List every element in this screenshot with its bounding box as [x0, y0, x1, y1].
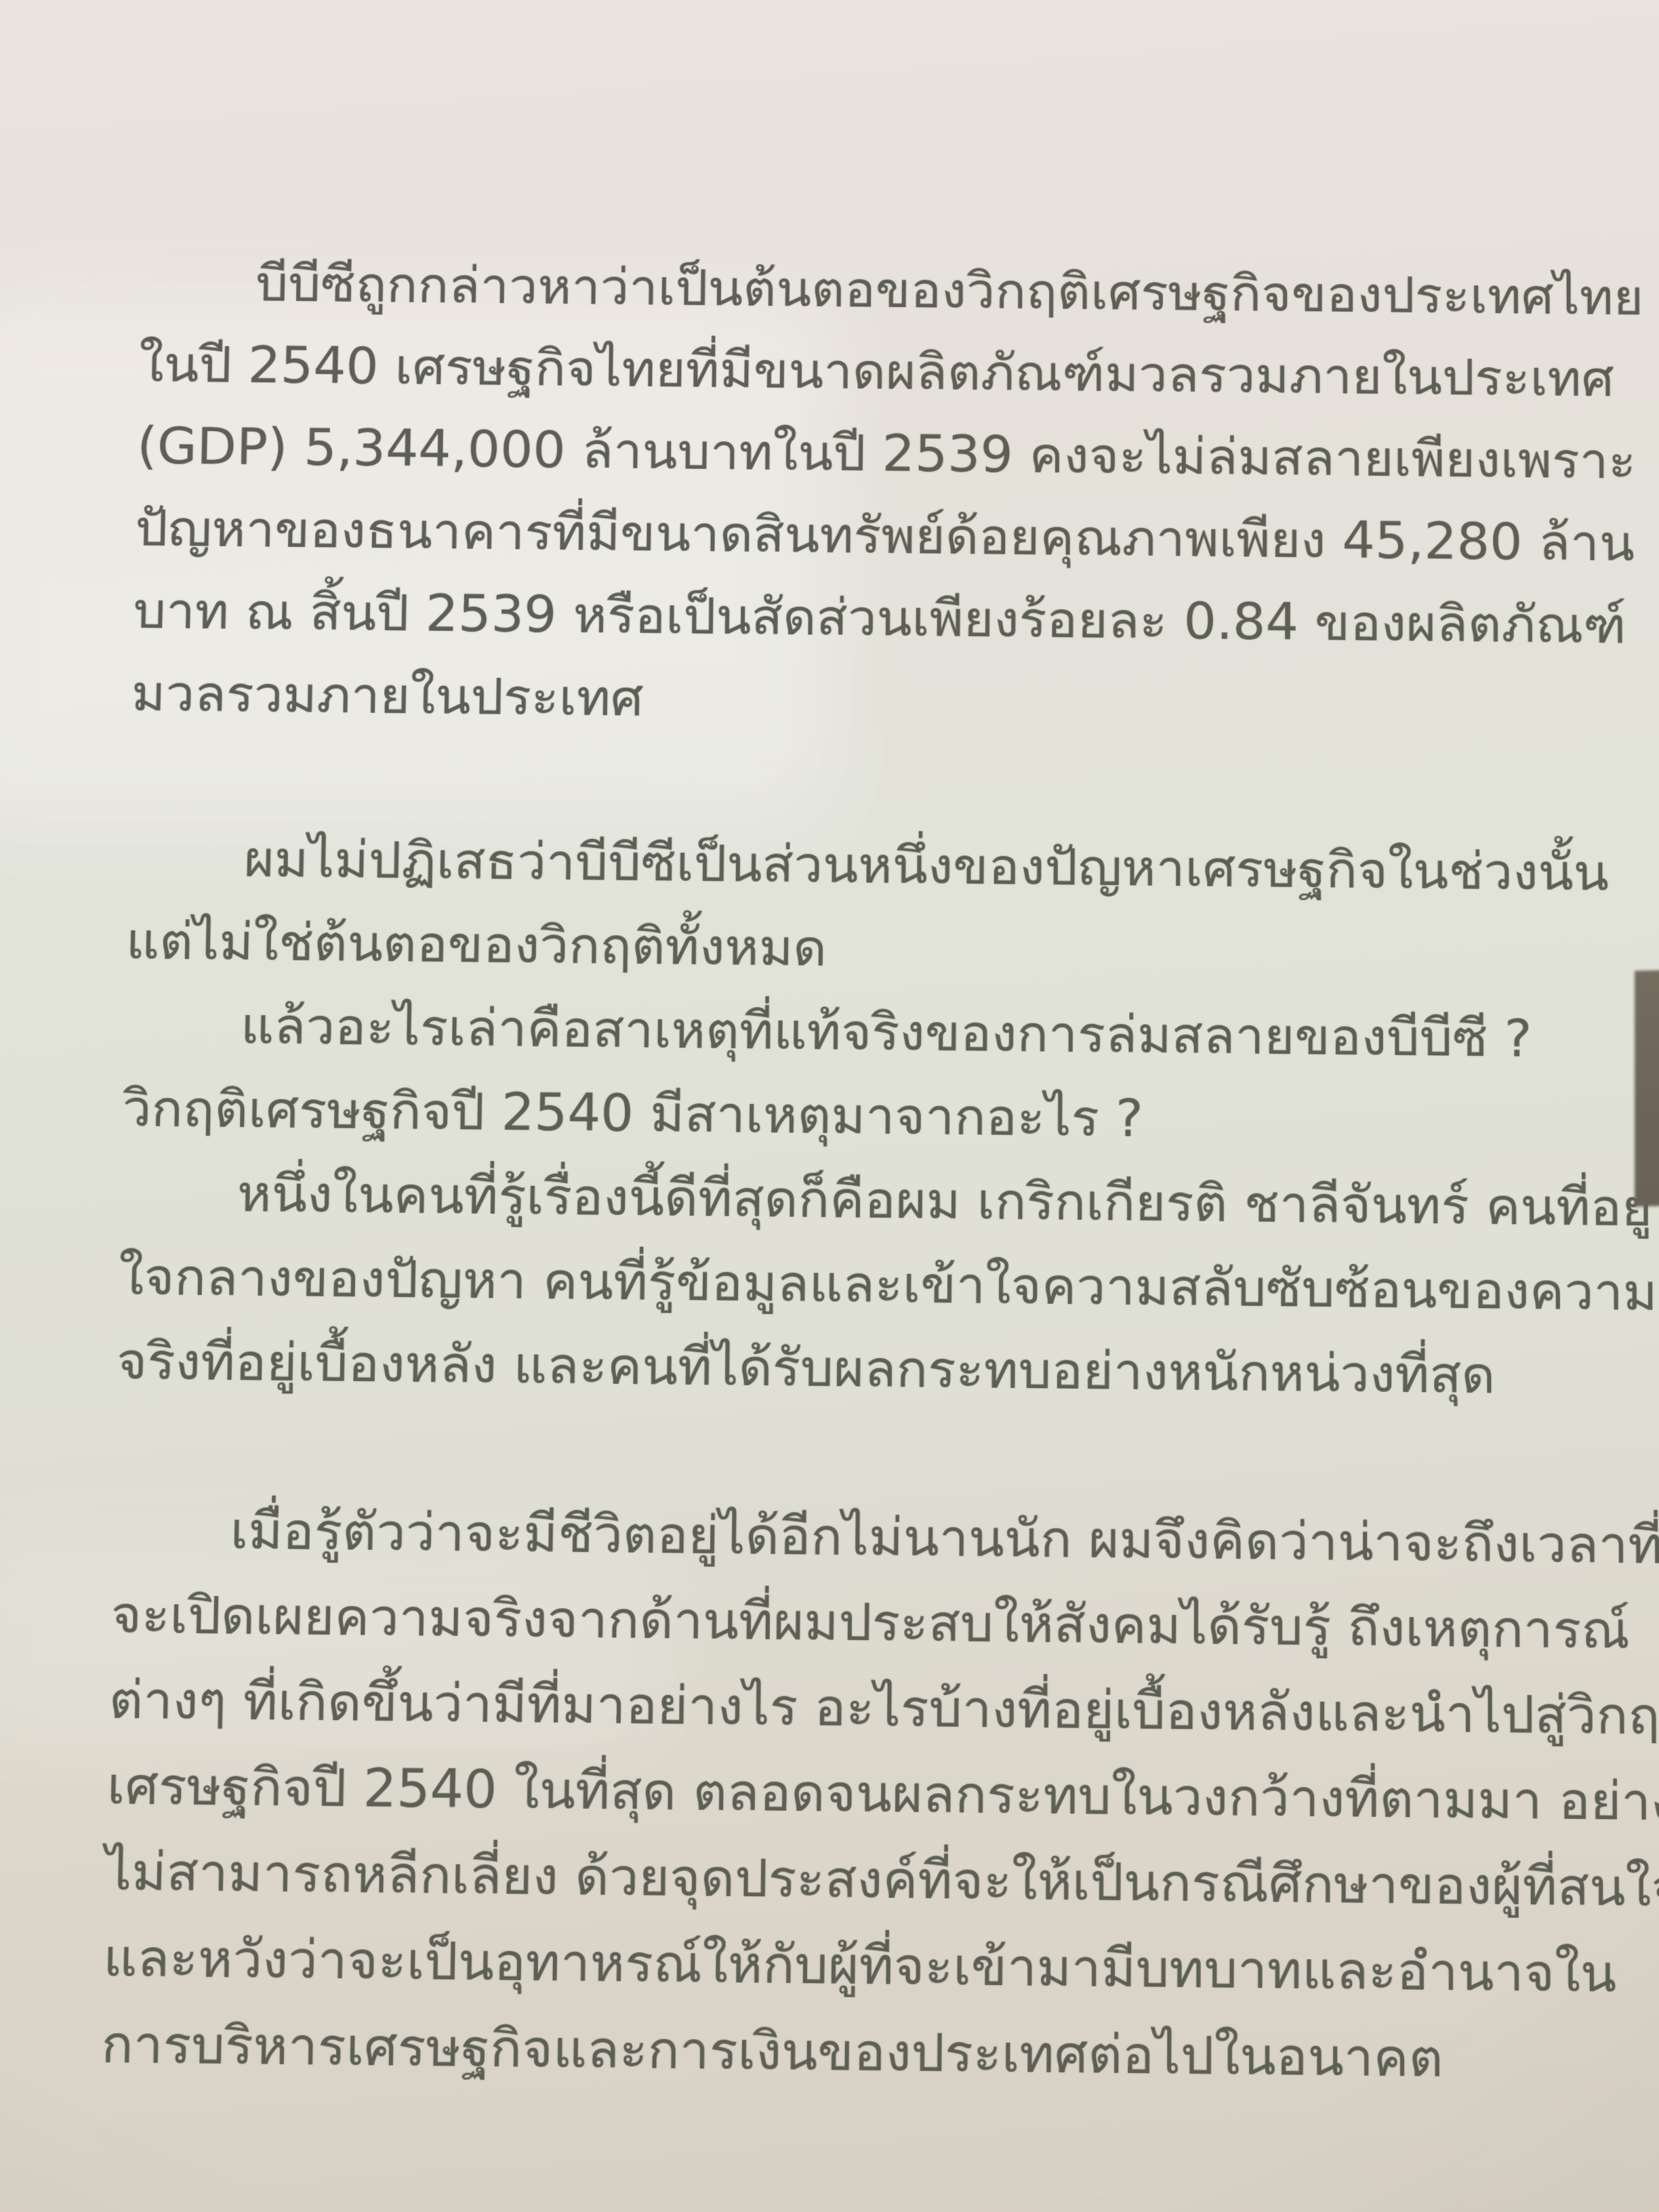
text-line: ในปี 2540 เศรษฐกิจไทยที่มีขนาดผลิตภัณฑ์ม… — [138, 323, 1528, 419]
paragraph-spacer — [129, 735, 1528, 831]
text-line: จริงที่อยู่เบื้องหลัง และคนที่ได้รับผลกร… — [116, 1319, 1530, 1418]
text-line: และหวังว่าจะเป็นอุทาหรณ์ให้กับผู้ที่จะเข… — [102, 1915, 1530, 2016]
text-line: บีบีซีถูกกล่าวหาว่าเป็นต้นตอของวิกฤติเศร… — [140, 242, 1528, 337]
text-line: การบริหารเศรษฐกิจและการเงินของประเทศต่อไ… — [100, 2001, 1530, 2103]
page-text-block: บีบีซีถูกกล่าวหาว่าเป็นต้นตอของวิกฤติเศร… — [100, 242, 1530, 2103]
page-edge-bookmark-tab — [1635, 970, 1659, 1206]
text-line: ผมไม่ปฏิเสธว่าบีบีซีเป็นส่วนหนึ่งของปัญห… — [127, 817, 1528, 914]
text-line: ไม่สามารถหลีกเลี่ยง ด้วยจุดประสงค์ที่จะใ… — [104, 1829, 1530, 1930]
text-line: วิกฤติเศรษฐกิจปี 2540 มีสาเหตุมาจากอะไร … — [121, 1067, 1529, 1165]
paragraph-3: แล้วอะไรเล่าคือสาเหตุที่แท้จริงของการล่ม… — [121, 983, 1529, 1166]
text-line: ปัญหาของธนาคารที่มีขนาดสินทรัพย์ด้อยคุณภ… — [134, 487, 1528, 583]
text-line: เมื่อรู้ตัวว่าจะมีชีวิตอยู่ได้อีกไม่นานน… — [112, 1488, 1530, 1587]
paragraph-2: ผมไม่ปฏิเสธว่าบีบีซีเป็นส่วนหนึ่งของปัญห… — [125, 817, 1529, 998]
text-line: เศรษฐกิจปี 2540 ในที่สุด ตลอดจนผลกระทบใน… — [106, 1743, 1530, 1844]
text-line: หนึ่งในคนที่รู้เรื่องนี้ดีที่สุดก็คือผม … — [119, 1151, 1529, 1250]
text-line: ต่างๆ ที่เกิดขึ้นว่ามีที่มาอย่างไร อะไรบ… — [108, 1658, 1530, 1758]
book-page-photo: บีบีซีถูกกล่าวหาว่าเป็นต้นตอของวิกฤติเศร… — [0, 0, 1659, 2212]
paragraph-4: หนึ่งในคนที่รู้เรื่องนี้ดีที่สุดก็คือผม … — [116, 1151, 1530, 1418]
text-line: แต่ไม่ใช่ต้นตอของวิกฤติทั้งหมด — [125, 900, 1529, 998]
text-line: แล้วอะไรเล่าคือสาเหตุที่แท้จริงของการล่ม… — [123, 983, 1529, 1082]
text-line: บาท ณ สิ้นปี 2539 หรือเป็นสัดส่วนเพียงร้… — [132, 570, 1528, 667]
text-line: (GDP) 5,344,000 ล้านบาทในปี 2539 คงจะไม่… — [136, 405, 1528, 501]
paragraph-1: บีบีซีถูกกล่าวหาว่าเป็นต้นตอของวิกฤติเศร… — [131, 242, 1529, 749]
paragraph-5: เมื่อรู้ตัวว่าจะมีชีวิตอยู่ได้อีกไม่นานน… — [100, 1488, 1530, 2103]
paragraph-spacer — [114, 1404, 1530, 1502]
text-line: ใจกลางของปัญหา คนที่รู้ข้อมูลและเข้าใจคว… — [118, 1235, 1530, 1334]
text-line: จะเปิดเผยความจริงจากด้านที่ผมประสบให้สัง… — [110, 1572, 1530, 1673]
text-line: มวลรวมภายในประเทศ — [131, 652, 1529, 749]
